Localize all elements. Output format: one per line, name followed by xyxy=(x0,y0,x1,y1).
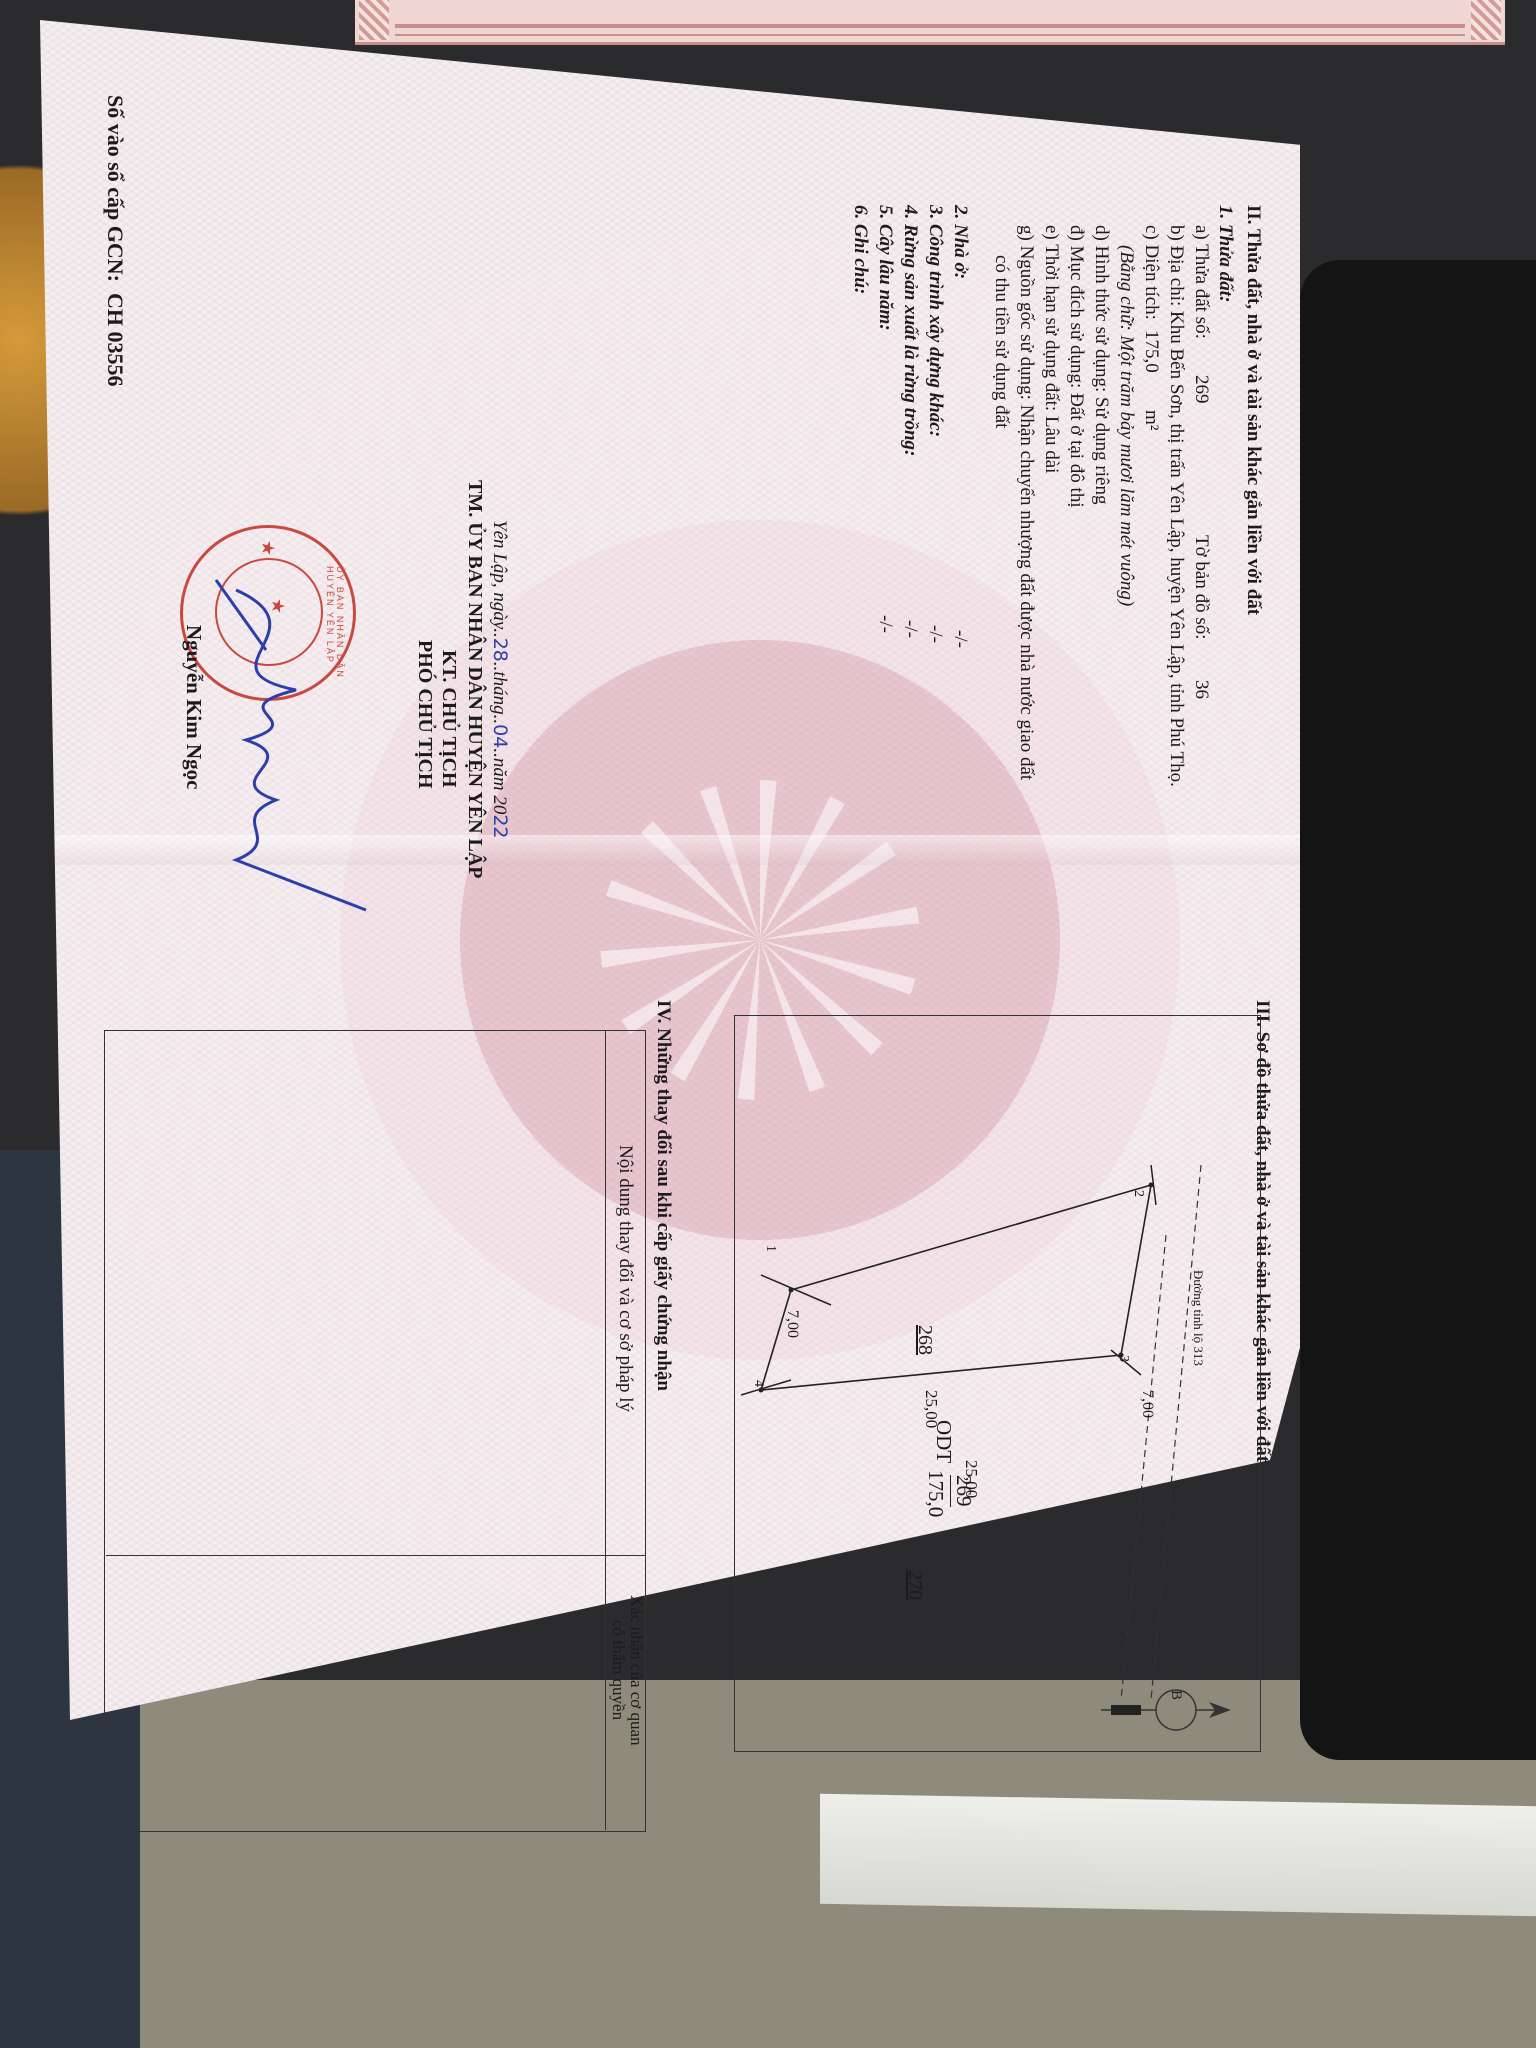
road-label: Đường tỉnh lộ 313 xyxy=(1190,1270,1206,1366)
planted-forest-value: -/- xyxy=(899,620,921,638)
section-iv-title: IV. Những thay đổi sau khi cấp giấy chứn… xyxy=(652,1000,674,1391)
perennial-trees-value: -/- xyxy=(874,615,896,633)
register-number-value: CH 03556 xyxy=(103,293,128,387)
register-number: Số vào sổ cấp GCN: CH 03556 xyxy=(102,95,128,387)
parcel-diagram xyxy=(736,1015,1261,1750)
other-constructions-label: 3. Công trình xây dựng khác: xyxy=(924,205,946,437)
neighbor-parcel-270: 270 xyxy=(903,1570,926,1600)
compass-north-letter: B xyxy=(1167,1690,1184,1700)
house-value: -/- xyxy=(949,630,971,648)
planted-forest-label: 4. Rừng sản xuất là rừng trồng: xyxy=(899,205,921,456)
parcel-number: 269 xyxy=(1190,375,1212,404)
signer-name: Nguyễn Kim Ngọc xyxy=(181,625,206,790)
star-icon: ★ xyxy=(257,540,278,556)
vertex-3: 3 xyxy=(1115,1355,1131,1362)
parcel-heading: 1. Thửa đất: xyxy=(1214,205,1236,302)
neighbor-parcel-268: 268 xyxy=(913,1325,936,1355)
address: b) Địa chỉ: Khu Bến Sơn, thị trấn Yên Lậ… xyxy=(1165,225,1187,787)
notes-label: 6. Ghi chú: xyxy=(849,205,871,294)
parcel-edge-right: 7,00 xyxy=(1138,1390,1156,1418)
house-label: 2. Nhà ở: xyxy=(949,205,971,279)
land-origin-line1: g) Nguồn gốc sử dụng: Nhận chuyển nhượng… xyxy=(1015,225,1037,780)
area-label: c) Diện tích: xyxy=(1140,225,1162,320)
use-purpose: đ) Mục đích sử dụng: Đất ở tại đô thị xyxy=(1065,225,1087,508)
area-value: 175,0 xyxy=(1140,330,1162,373)
parcel-edge-left: 7,00 xyxy=(783,1310,801,1338)
perennial-trees-label: 5. Cây lâu năm: xyxy=(874,205,896,331)
col-authority-confirm-line1: Xác nhận của cơ quan xyxy=(626,1595,646,1746)
section-ii-title: II. Thửa đất, nhà ở và tài sản khác gắn … xyxy=(1242,205,1264,615)
place-date: Yên Lập, ngày..28..tháng..04..năm 2022 xyxy=(488,520,511,839)
area-unit: m² xyxy=(1140,410,1162,430)
col-authority-confirm-line2: có thẩm quyền xyxy=(608,1620,628,1720)
vertex-1: 1 xyxy=(762,1245,778,1252)
parcel-number-diagram: 269 xyxy=(950,1475,976,1507)
parcel-area-diagram: 175,0 xyxy=(923,1470,948,1517)
handwritten-year: 22 xyxy=(489,814,511,838)
map-sheet-number: 36 xyxy=(1190,680,1212,699)
issuing-authority: TM. ỦY BAN NHÂN DÂN HUYỆN YÊN LẬP xyxy=(463,480,486,879)
parcel-land-code: ODT xyxy=(931,1420,956,1463)
land-origin-line2: có thu tiền sử dụng đất xyxy=(990,255,1012,428)
handwritten-day: 28 xyxy=(489,638,511,662)
certificate-content: II. Thửa đất, nhà ở và tài sản khác gắn … xyxy=(0,0,1536,2048)
changes-table xyxy=(104,1030,646,1832)
other-constructions-value: -/- xyxy=(924,625,946,643)
signer-role: PHÓ CHỦ TỊCH xyxy=(413,640,436,789)
parcel-number-label: a) Thửa đất số: xyxy=(1190,225,1212,339)
col-change-content: Nội dung thay đổi và cơ sở pháp lý xyxy=(614,1145,636,1412)
vertex-4: 4 xyxy=(750,1380,766,1387)
area-in-words: (Bằng chữ: Một trăm bảy mươi lăm mét vuô… xyxy=(1115,245,1137,606)
vertex-2: 2 xyxy=(1130,1190,1146,1197)
kt-title: KT. CHỦ TỊCH xyxy=(437,650,460,788)
use-form: d) Hình thức sử dụng: Sử dụng riêng xyxy=(1090,225,1112,504)
use-term: e) Thời hạn sử dụng đất: Lâu dài xyxy=(1040,225,1062,473)
changes-table-divider xyxy=(106,1555,646,1556)
handwritten-month: 04 xyxy=(489,724,511,748)
map-sheet-label: Tờ bản đồ số: xyxy=(1190,535,1212,640)
